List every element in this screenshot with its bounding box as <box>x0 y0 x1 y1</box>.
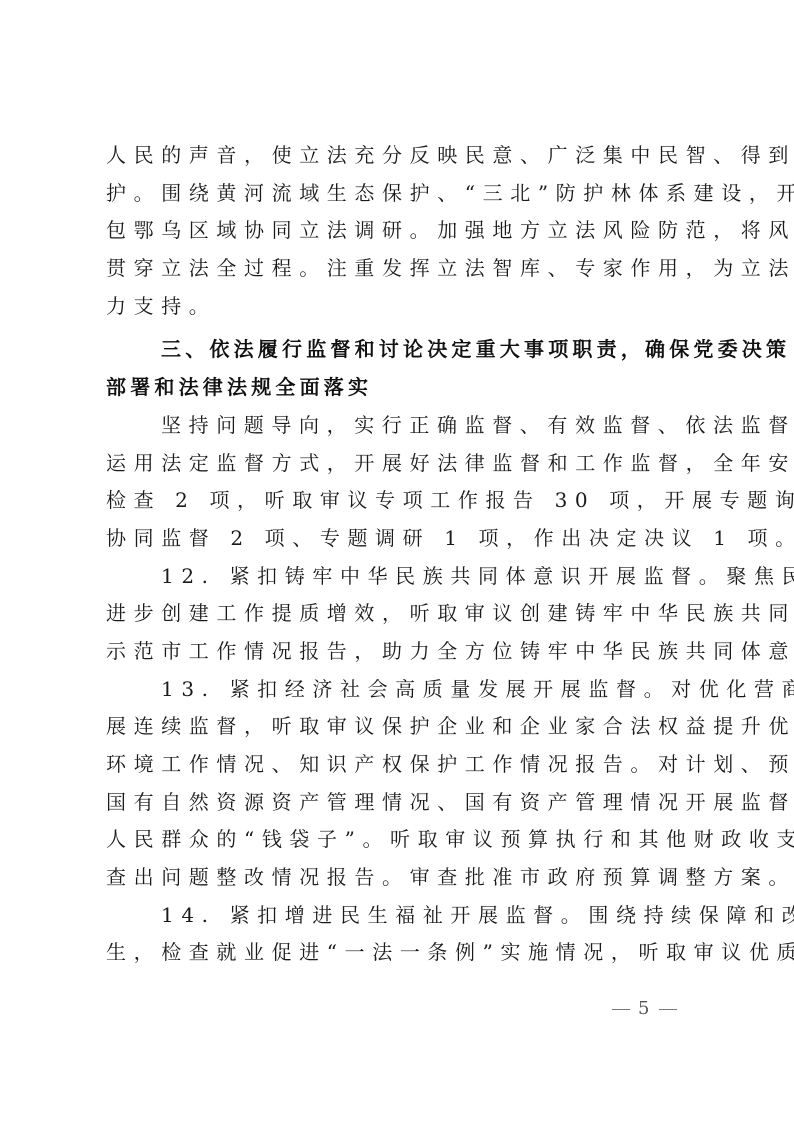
text-line: 12. 紧扣铸牢中华民族共同体意识开展监督。聚焦民族团结 <box>106 558 692 596</box>
text-line: 运用法定监督方式，开展好法律监督和工作监督，全年安排执法 <box>106 445 692 483</box>
text-line: 生，检查就业促进“一法一条例”实施情况，听取审议优质教育 <box>106 934 692 972</box>
text-line: 13. 紧扣经济社会高质量发展开展监督。对优化营商环境开 <box>106 671 692 709</box>
page-number-value: 5 <box>638 998 651 1019</box>
page-number: 5 <box>604 998 685 1019</box>
text-line: 查出问题整改情况报告。审查批准市政府预算调整方案。 <box>106 859 692 897</box>
text-line: 人民群众的“钱袋子”。听取审议预算执行和其他财政收支审计 <box>106 821 692 859</box>
text-line: 人民的声音，使立法充分反映民意、广泛集中民智、得到人民拥 <box>106 137 692 175</box>
section-heading: 三、依法履行监督和讨论决定重大事项职责，确保党委决策 部署和法律法规全面落实 <box>106 331 692 406</box>
intro-paragraph: 坚持问题导向，实行正确监督、有效监督、依法监督，综合 运用法定监督方式，开展好法… <box>106 407 692 558</box>
text-line: 示范市工作情况报告，助力全方位铸牢中华民族共同体意识。 <box>106 633 692 671</box>
text-line: 贯穿立法全过程。注重发挥立法智库、专家作用，为立法提供智 <box>106 250 692 288</box>
text-line: 包鄂乌区域协同立法调研。加强地方立法风险防范，将风险评估 <box>106 212 692 250</box>
heading-line: 三、依法履行监督和讨论决定重大事项职责，确保党委决策 <box>106 331 692 369</box>
dash-left <box>612 1009 630 1010</box>
text-line: 环境工作情况、知识产权保护工作情况报告。对计划、预决算、 <box>106 746 692 784</box>
text-line: 进步创建工作提质增效，听取审议创建铸牢中华民族共同体意识 <box>106 595 692 633</box>
text-line: 展连续监督，听取审议保护企业和企业家合法权益提升优化营商 <box>106 708 692 746</box>
continuation-paragraph: 人民的声音，使立法充分反映民意、广泛集中民智、得到人民拥 护。围绕黄河流域生态保… <box>106 137 692 325</box>
text-line: 14. 紧扣增进民生福祉开展监督。围绕持续保障和改善民 <box>106 897 692 935</box>
text-line: 国有自然资源资产管理情况、国有资产管理情况开展监督，管好 <box>106 784 692 822</box>
text-line: 协同监督 2 项、专题调研 1 项，作出决定决议 1 项。 <box>106 520 692 558</box>
text-line: 力支持。 <box>106 288 692 326</box>
item-12-paragraph: 12. 紧扣铸牢中华民族共同体意识开展监督。聚焦民族团结 进步创建工作提质增效，… <box>106 558 692 671</box>
item-13-paragraph: 13. 紧扣经济社会高质量发展开展监督。对优化营商环境开 展连续监督，听取审议保… <box>106 671 692 897</box>
item-14-paragraph: 14. 紧扣增进民生福祉开展监督。围绕持续保障和改善民 生，检查就业促进“一法一… <box>106 897 692 972</box>
dash-right <box>659 1009 677 1010</box>
document-page: 人民的声音，使立法充分反映民意、广泛集中民智、得到人民拥 护。围绕黄河流域生态保… <box>106 137 692 972</box>
text-line: 护。围绕黄河流域生态保护、“三北”防护林体系建设，开展呼 <box>106 175 692 213</box>
heading-line: 部署和法律法规全面落实 <box>106 369 692 407</box>
text-line: 检查 2 项，听取审议专项工作报告 30 项，开展专题询问 1 项、 <box>106 482 692 520</box>
text-line: 坚持问题导向，实行正确监督、有效监督、依法监督，综合 <box>106 407 692 445</box>
